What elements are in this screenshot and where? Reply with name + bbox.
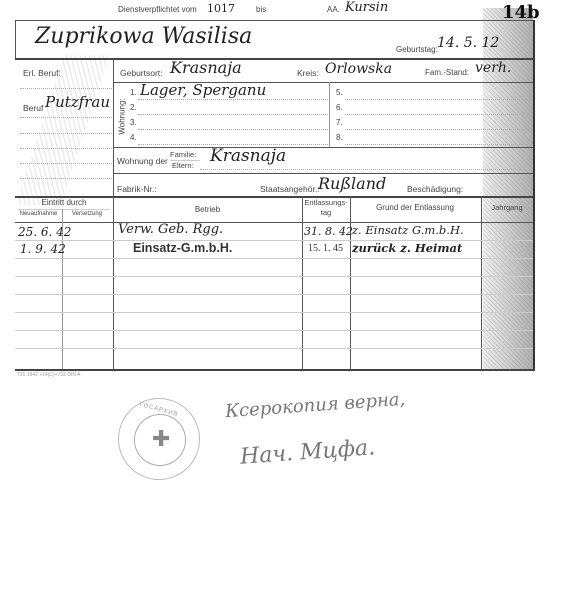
header-neuaufnahme: Neuaufnahme <box>15 211 62 217</box>
header-eintritt-durch: Eintritt durch <box>15 198 113 207</box>
rule <box>15 276 533 277</box>
certification-note-line2: Нач. Мцфа. <box>239 435 376 469</box>
aa-value: Kursin <box>345 0 388 15</box>
rule <box>113 147 535 148</box>
erl-beruf-label: Erl. Beruf: <box>23 68 61 78</box>
rule <box>20 133 112 134</box>
rule <box>138 129 328 130</box>
bis-label: bis <box>256 5 266 14</box>
header-betrieb: Betrieb <box>113 205 302 214</box>
geburtstag-value: 14. 5. 12 <box>437 35 499 51</box>
official-stamp: ✚ ГОСАРХИВ <box>118 398 200 480</box>
wohnung-num-7: 7. <box>336 118 343 127</box>
wohnung-num-5: 5. <box>336 88 343 97</box>
rule <box>113 196 114 369</box>
fam-stand-value: verh. <box>475 60 511 76</box>
wohnung-num-3: 3. <box>130 118 137 127</box>
cross-icon: ✚ <box>152 427 170 452</box>
row1-grund: z. Einsatz G.m.b.H. <box>352 223 464 237</box>
wohnung-num-1: 1. <box>130 88 137 97</box>
row2-neuaufnahme: 1. 9. 42 <box>20 242 66 256</box>
staatsangehoer-value: Rußland <box>318 174 386 193</box>
dienstverpflichtet-label: Dienstverpflichtet vom <box>118 5 197 14</box>
rule <box>15 258 533 259</box>
header-versetzung: Versetzung <box>62 211 112 217</box>
kreis-value: Orlowska <box>325 61 392 77</box>
rule <box>20 88 112 89</box>
wohnung-label: Wohnung: <box>118 98 127 134</box>
header-entlassungstag: Entlassungs-tag <box>302 198 350 218</box>
kreis-label: Kreis: <box>297 68 319 78</box>
row2-betrieb: Einsatz-G.m.b.H. <box>133 241 232 255</box>
rule <box>15 20 535 21</box>
dienstverpflichtet-value: 1017 <box>207 2 235 15</box>
staatsangehoer-label: Staatsangehör.: <box>260 184 320 194</box>
rule <box>345 144 530 145</box>
rule <box>113 58 114 196</box>
geburtsort-label: Geburtsort: <box>120 68 163 78</box>
row1-entlassungstag: 31. 8. 42 <box>304 225 353 238</box>
rule <box>20 148 112 149</box>
header-jahrgang: Jahrgang <box>481 203 533 212</box>
wohnung-num-6: 6. <box>336 103 343 112</box>
rule <box>20 163 112 164</box>
row1-betrieb: Verw. Geb. Rgg. <box>118 222 223 237</box>
beruf-label: Beruf <box>23 103 43 113</box>
rule <box>138 99 328 100</box>
geburtstag-label: Geburtstag: <box>396 45 438 54</box>
beruf-value: Putzfrau <box>45 93 110 111</box>
familie-label: Familie: <box>170 150 196 159</box>
aa-label: AA. <box>327 5 340 14</box>
geburtsort-value: Krasnaja <box>170 58 242 77</box>
rule <box>350 196 351 369</box>
eltern-label: Eltern: <box>172 161 194 170</box>
header-grund: Grund der Entlassung <box>350 203 480 212</box>
rule <box>138 114 328 115</box>
rule <box>138 144 328 145</box>
wohnung-num-2: 2. <box>130 103 137 112</box>
rule <box>18 209 110 210</box>
rule <box>15 312 533 313</box>
print-code: 731 1942 +14(C)+732 DIN A <box>17 372 80 378</box>
row2-grund: zurück z. Heimat <box>352 241 462 255</box>
rule <box>15 369 535 371</box>
fabrik-nr-label: Fabrik-Nr.: <box>117 184 157 194</box>
rule <box>15 348 533 349</box>
row2-entlassungstag: 15. 1. 45 <box>308 243 343 254</box>
wohnung-num-8: 8. <box>336 133 343 142</box>
rule <box>15 294 533 295</box>
rule <box>302 196 303 369</box>
rule <box>345 129 530 130</box>
wohnung-der-label: Wohnung der <box>117 156 168 166</box>
person-name: Zuprikowa Wasilisa <box>35 24 252 49</box>
rule <box>15 20 16 58</box>
fam-stand-label: Fam.-Stand: <box>425 68 469 77</box>
rule <box>481 196 482 369</box>
rule <box>15 58 535 60</box>
rule <box>15 330 533 331</box>
row1-neuaufnahme: 25. 6. 42 <box>18 225 71 239</box>
wohnung-familie-value: Krasnaja <box>210 146 286 166</box>
rule <box>20 178 112 179</box>
rule <box>345 99 530 100</box>
rule <box>329 82 330 147</box>
rule <box>20 117 112 118</box>
rule <box>533 20 535 370</box>
beschaedigung-label: Beschädigung: <box>407 184 463 194</box>
certification-note-line1: Ксерокопия верна, <box>224 389 405 423</box>
wohnung-value-1: Lager, Sperganu <box>140 81 266 99</box>
rule <box>345 114 530 115</box>
wohnung-num-4: 4. <box>130 133 137 142</box>
rule <box>200 169 530 170</box>
